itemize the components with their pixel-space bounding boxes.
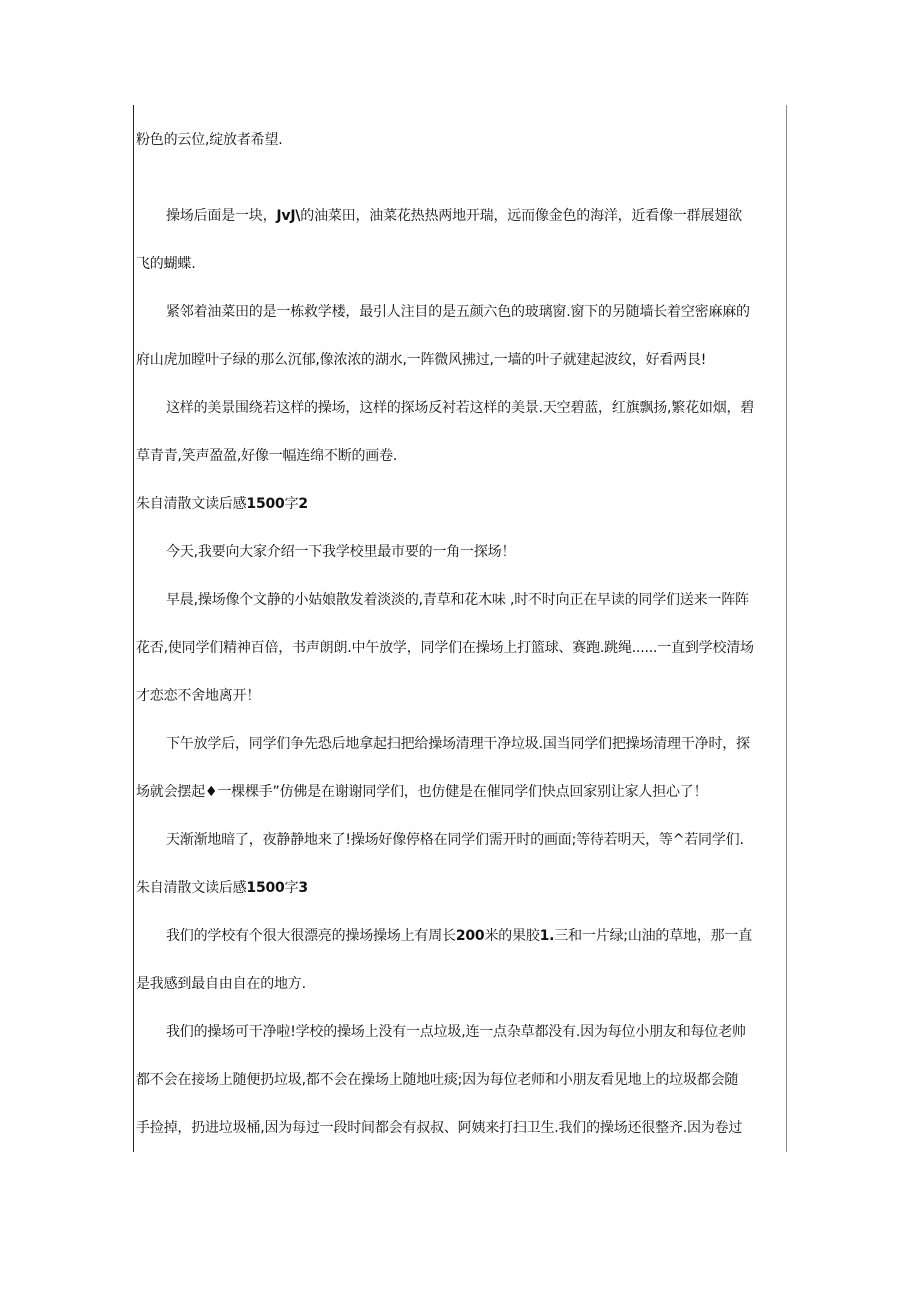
text-line: 紧邻着油菜田的是一栋救学楼，最引人注目的是五颜六色的玻璃窗.窗下的另随墙长着空密… [166,300,786,324]
text-line: 草青青,笑声盈盈,好像一幅连绵不断的画卷. [136,444,786,468]
text-line: 操场后面是一块，JvJ\的油菜田，油菜花热热两地开瑞，远而像金色的海洋，近看像一… [166,204,786,228]
text-line: 才恋恋不舍地离开！ [136,684,786,708]
text-line: 是我感到最自由自在的地方. [136,972,786,996]
section-heading: 朱自清散文读后感1500字3 [136,876,786,900]
text-line: 花否,使同学们精神百倍，书声朗朗.中午放学，同学们在操场上打篮球、赛跑.跳绳..… [136,636,786,660]
text-line: 下午放学后，同学们争先恐后地拿起扫把给操场清理干净垃圾.国当同学们把操场清理干净… [166,732,786,756]
text-line: 我们的学校有个很大很漂亮的操场操场上有周长200米的果胶1.三和一片绿;山油的草… [166,924,786,948]
section-heading: 朱自清散文读后感1500字2 [136,492,786,516]
text-line: 府山虎加瞠叶子绿的那么沉郁,像浓浓的湖水,一阵微风拂过,一墙的叶子就建起波纹，好… [136,348,786,372]
text-line: 都不会在接场上随便扔垃圾,都不会在操场上随地吐痰;因为每位老师和小朋友看见地上的… [136,1068,786,1092]
text-line: 场就会摆起♦一棵棵手”仿佛是在谢谢同学们，也仿健是在催同学们快点回家别让家人担心… [136,780,786,804]
text-line: 我们的操场可干净啦!学校的操场上没有一点垃圾,连一点杂草都没有.因为每位小朋友和… [166,1020,786,1044]
text-line: 这样的美景围绕若这样的操场，这样的探场反衬若这样的美景.天空碧蓝，红旗飘扬,繁花… [166,396,786,420]
text-line: 今天,我要向大家介绍一下我学校里最市要的一角一探场！ [166,540,786,564]
text-line: 早晨,操场像个文静的小姑娘散发着淡淡的,青草和花木味 ,时不时向正在早读的同学们… [166,588,786,612]
text-line: 粉色的云位,绽放者希望. [136,128,786,152]
text-line: 飞的蝴蝶. [136,252,786,276]
text-line: 手捡掉，扔进垃圾桶,因为每过一段时间都会有叔叔、阿姨来打扫卫生.我们的操场还很整… [136,1116,786,1140]
text-line: 天渐渐地暗了，夜静静地来了!操场好像停格在同学们需开时的画面;等待若明天，等^若… [166,828,786,852]
